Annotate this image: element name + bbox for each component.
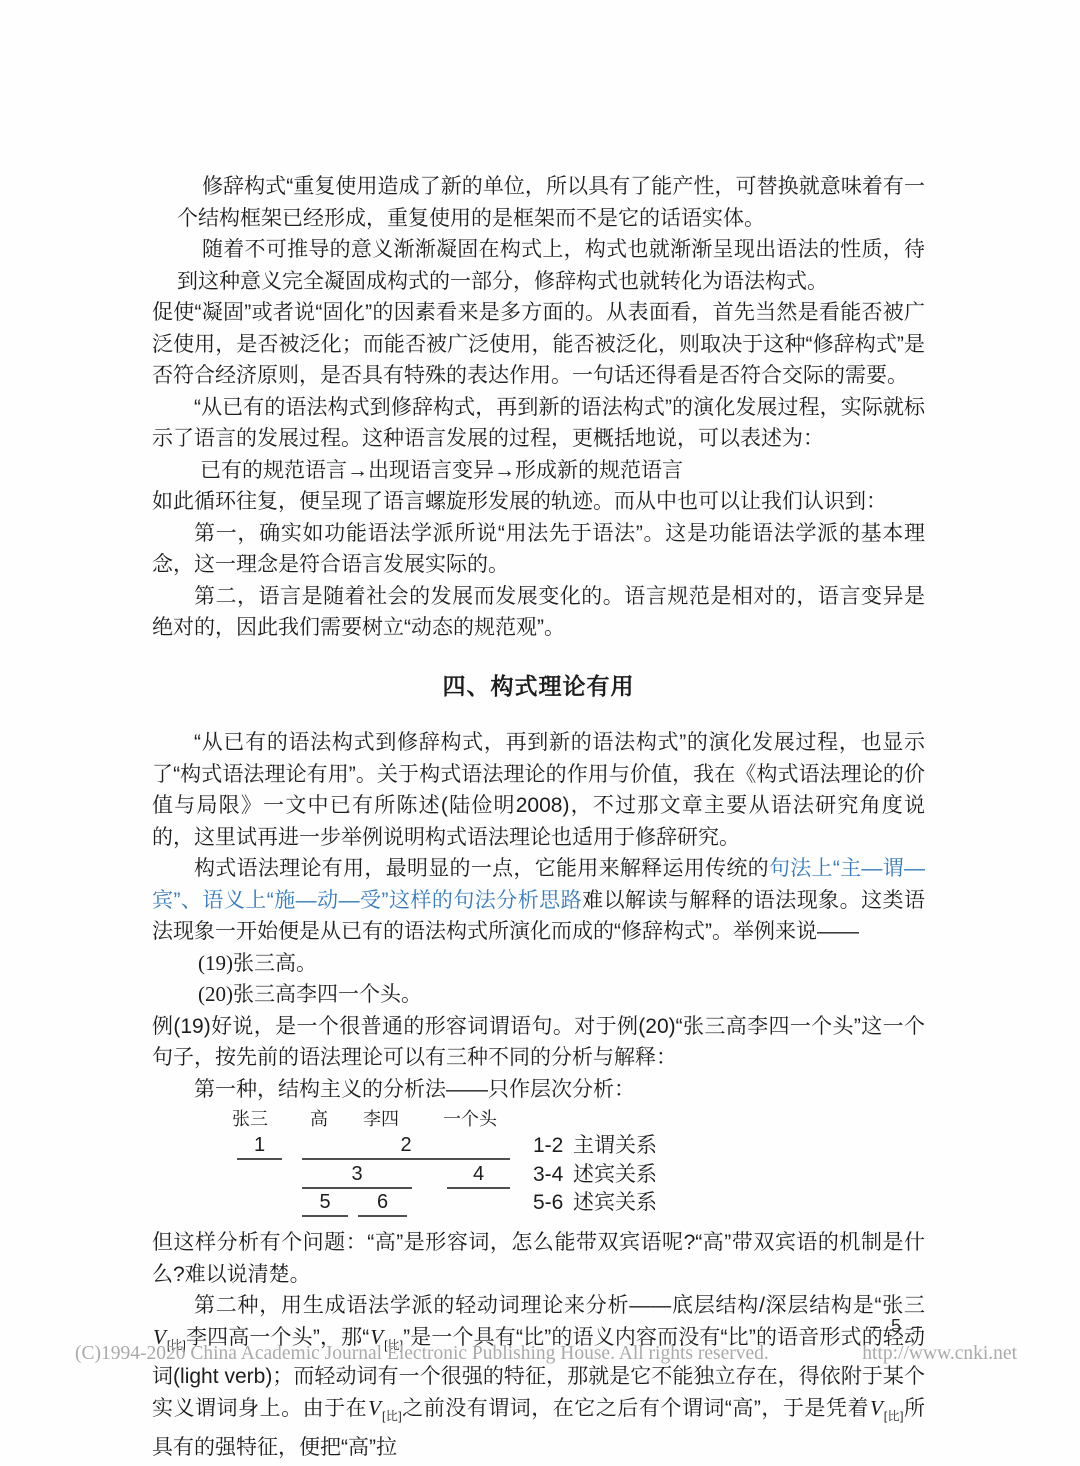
light-verb-symbol: V [367,1396,382,1420]
section-heading: 四、构式理论有用 [152,671,925,703]
structural-analysis-diagram: 张三 高 李四 一个头 1 2 1-2主谓关系 3 4 3-4述宾关系 5 6 … [152,1108,925,1222]
light-verb-subscript: [比] [382,1409,402,1423]
diagram-word: 高 [310,1108,328,1130]
relation-label-2: 3-4述宾关系 [533,1163,657,1187]
bracket-segment-1: 1 [237,1134,282,1160]
quote-paragraph-2: 随着不可推导的意义渐渐凝固在构式上，构式也就渐渐呈现出语法的性质，待到这种意义完… [177,234,925,297]
scanned-paper-page: 修辞构式“重复使用造成了新的单位，所以具有了能产性，可替换就意味着有一个结构框架… [0,0,1080,1466]
bracket-segment-4: 4 [447,1163,510,1189]
footer: (C)1994-2020 China Academic Journal Elec… [75,1343,1017,1365]
paragraph-cong: “从已有的语法构式到修辞构式，再到新的语法构式”的演化发展过程，实际就标示了语言… [152,392,925,455]
relation-name: 述宾关系 [573,1163,657,1186]
display-formula-line: 已有的规范语言→出现语言变异→形成新的规范语言 [152,455,925,487]
paragraph-problem: 但这样分析有个问题：“高”是形容词，怎么能带双宾语呢?“高”带双宾语的机制是什么… [152,1227,925,1290]
text-segment: 之前没有谓词，在它之后有个谓词“高”，于是凭着 [402,1397,869,1420]
bracket-segment-2: 2 [302,1134,510,1160]
text-segment: 第二种，用生成语法学派的轻动词理论来分析——底层结构/深层结构是“张三 [194,1294,925,1317]
footer-url: http://www.cnki.net [862,1343,1017,1365]
bracket-segment-5: 5 [302,1191,348,1217]
light-verb-subscript: [比] [884,1409,904,1423]
paragraph-section4-1: “从已有的语法构式到修辞构式，再到新的语法构式”的演化发展过程，也显示了“构式语… [152,727,925,853]
paragraph-ruci: 如此循环往复，便呈现了语言螺旋形发展的轨迹。而从中也可以让我们认识到： [152,486,925,518]
paragraph-cushi: 促使“凝固”或者说“固化”的因素看来是多方面的。从表面看，首先当然是看能否被广泛… [152,297,925,392]
quote-block: 修辞构式“重复使用造成了新的单位，所以具有了能产性，可替换就意味着有一个结构框架… [177,171,925,297]
text-segment: 构式语法理论有用，最明显的一点，它能用来解释运用传统的 [194,857,769,880]
diagram-word: 张三 [232,1108,268,1130]
relation-numbers: 1-2 [533,1134,573,1158]
relation-numbers: 3-4 [533,1163,573,1187]
diagram-word: 李四 [363,1108,399,1130]
bracket-segment-3: 3 [302,1163,412,1189]
relation-label-1: 1-2主谓关系 [533,1134,657,1158]
paragraph-section4-2: 构式语法理论有用，最明显的一点，它能用来解释运用传统的句法上“主—谓—宾”、语义… [152,853,925,948]
paragraph-first-analysis: 第一种，结构主义的分析法——只作层次分析： [152,1074,925,1106]
relation-numbers: 5-6 [533,1191,573,1215]
relation-name: 主谓关系 [573,1134,657,1157]
paragraph-example-discussion: 例(19)好说，是一个很普通的形容词谓语句。对于例(20)“张三高李四一个头”这… [152,1011,925,1074]
example-19: (19)张三高。 [152,948,925,980]
relation-label-3: 5-6述宾关系 [533,1191,657,1215]
relation-name: 述宾关系 [573,1191,657,1214]
paragraph-second-analysis: 第二种，用生成语法学派的轻动词理论来分析——底层结构/深层结构是“张三V[比]李… [152,1290,925,1464]
example-20: (20)张三高李四一个头。 [152,979,925,1011]
paragraph-second-point: 第二，语言是随着社会的发展而发展变化的。语言规范是相对的，语言变异是绝对的，因此… [152,581,925,644]
diagram-word: 一个头 [443,1108,497,1130]
light-verb-symbol: V [869,1396,884,1420]
paragraph-first-point: 第一，确实如功能语法学派所说“用法先于语法”。这是功能语法学派的基本理念，这一理… [152,518,925,581]
bracket-segment-6: 6 [358,1191,407,1217]
page-number: – 5 – [870,1316,925,1337]
quote-paragraph-1: 修辞构式“重复使用造成了新的单位，所以具有了能产性，可替换就意味着有一个结构框架… [177,171,925,234]
copyright-notice: (C)1994-2020 China Academic Journal Elec… [75,1343,769,1365]
document-body: 修辞构式“重复使用造成了新的单位，所以具有了能产性，可替换就意味着有一个结构框架… [152,171,925,1464]
